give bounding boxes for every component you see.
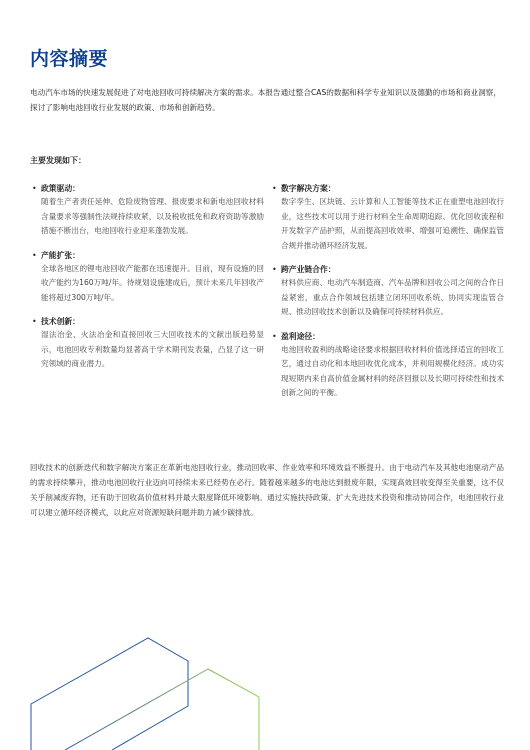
finding-title: 技术创新：	[41, 315, 264, 328]
bullet-icon: •	[272, 263, 277, 276]
findings-heading: 主要发现如下：	[30, 155, 86, 166]
bullet-icon: •	[32, 315, 37, 328]
finding-body: 数字孪生、区块链、云计算和人工智能等技术正在重塑电池回收行业，这些技术可以用于进…	[281, 195, 504, 253]
finding-title: 政策驱动：	[41, 182, 264, 195]
intro-paragraph: 电动汽车市场的快速发展促进了对电池回收可持续解决方案的需求。本报告通过整合CAS…	[30, 85, 508, 115]
finding-title: 跨产业链合作：	[281, 263, 504, 276]
finding-body: 电池回收盈利的战略途径要求根据回收材料价值选择适宜的回收工艺，通过自动化和本地回…	[281, 343, 504, 401]
bullet-icon: •	[272, 182, 277, 195]
finding-digital-solutions: • 数字解决方案： 数字孪生、区块链、云计算和人工智能等技术正在重塑电池回收行业…	[272, 182, 504, 253]
finding-body: 随着生产者责任延伸、危险废物管理、报废要求和新电池回收材料含量要求等强制性法规持…	[41, 195, 264, 239]
finding-tech-innovation: • 技术创新： 湿法冶金、火法冶金和直接回收三大回收技术的文献出版趋势显示，电池…	[32, 315, 264, 372]
bullet-icon: •	[32, 182, 37, 195]
finding-title: 盈利途径：	[281, 330, 504, 343]
bullet-icon: •	[32, 249, 37, 262]
finding-body: 全球各地区的锂电池回收产能都在迅速提升。目前，现有设施的回收产能约为160万吨/…	[41, 262, 264, 306]
finding-body: 湿法冶金、火法冶金和直接回收三大回收技术的文献出版趋势显示，电池回收专利数量均显…	[41, 328, 264, 372]
finding-capacity-expansion: • 产能扩张： 全球各地区的锂电池回收产能都在迅速提升。目前，现有设施的回收产能…	[32, 249, 264, 306]
summary-paragraph: 回收技术的创新迭代和数字解决方案正在革新电池回收行业，推动回收率、作业效率和环境…	[30, 460, 504, 520]
page-title: 内容摘要	[30, 44, 108, 71]
findings-right-column: • 数字解决方案： 数字孪生、区块链、云计算和人工智能等技术正在重塑电池回收行业…	[272, 182, 504, 411]
findings-left-column: • 政策驱动： 随着生产者责任延伸、危险废物管理、报废要求和新电池回收材料含量要…	[32, 182, 264, 382]
finding-cross-industry: • 跨产业链合作： 材料供应商、电动汽车制造商、汽车品牌和回收公司之间的合作日益…	[272, 263, 504, 320]
finding-policy-drivers: • 政策驱动： 随着生产者责任延伸、危险废物管理、报废要求和新电池回收材料含量要…	[32, 182, 264, 239]
green-hexagon-outline	[65, 669, 259, 750]
finding-title: 产能扩张：	[41, 249, 264, 262]
finding-body: 材料供应商、电动汽车制造商、汽车品牌和回收公司之间的合作日益紧密，重点合作领域包…	[281, 276, 504, 320]
decorative-hexagon-graphic	[0, 600, 300, 750]
finding-title: 数字解决方案：	[281, 182, 504, 195]
finding-profit-paths: • 盈利途径： 电池回收盈利的战略途径要求根据回收材料价值选择适宜的回收工艺，通…	[272, 330, 504, 401]
bullet-icon: •	[272, 330, 277, 343]
